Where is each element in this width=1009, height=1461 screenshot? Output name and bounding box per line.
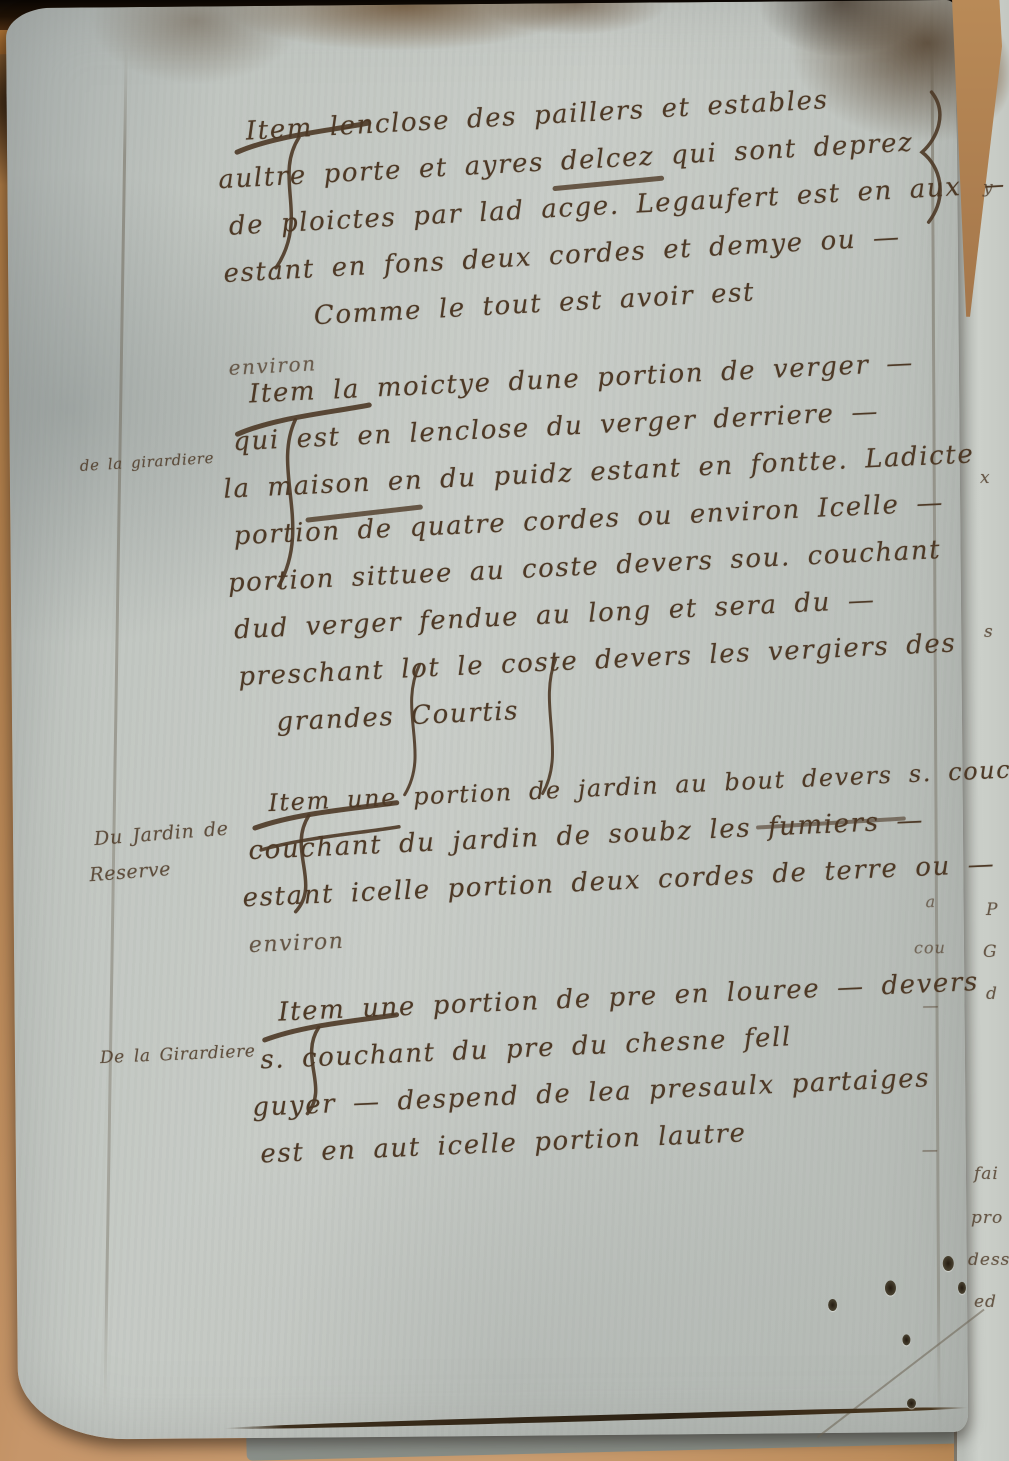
worm-hole (885, 1280, 896, 1295)
adjacent-page-fragment: dess (968, 1250, 1009, 1270)
worm-hole (828, 1299, 837, 1311)
ragged-bottom-edge (224, 1405, 968, 1432)
edge-fragment: — (922, 1140, 939, 1159)
bracket-flourish (902, 88, 955, 228)
adjacent-page-fragment: s (984, 622, 994, 642)
margin-note-girardiere-1: de la girardiere (79, 449, 214, 475)
worm-hole (907, 1398, 916, 1408)
edge-fragment: a (926, 892, 937, 911)
item-initial-flourish (251, 787, 402, 918)
fold-crease-left (103, 45, 128, 1415)
adjacent-page-fragment: y (983, 178, 994, 198)
adjacent-page-fragment: pro (971, 1208, 1003, 1228)
worm-hole (902, 1334, 910, 1345)
adjacent-page-fragment: x (980, 468, 991, 488)
item-initial-flourish (260, 999, 401, 1120)
worm-hole (943, 1256, 954, 1271)
manuscript-page: Item lenclose des paillers et estables a… (6, 0, 968, 1440)
adjacent-page-fragment: fai (974, 1164, 999, 1184)
adjacent-page-fragment: G (983, 942, 998, 962)
corner-crease (817, 1309, 985, 1438)
edge-fragment: cou (914, 938, 946, 957)
item-initial-flourish (233, 385, 375, 596)
descender-flourish (357, 655, 578, 802)
adjacent-page-fragment: d (986, 984, 998, 1004)
margin-note-jardin-line2: Reserve (89, 858, 172, 886)
adjacent-page-fragment: ed (974, 1292, 997, 1312)
worm-hole (958, 1282, 966, 1294)
edge-fragment: — (922, 996, 939, 1015)
item-initial-flourish (233, 105, 375, 281)
margin-note-girardiere-2: De la Girardiere (100, 1041, 256, 1068)
manuscript-photo: Item lenclose des paillers et estables a… (0, 0, 1009, 1461)
adjacent-page-fragment: P (986, 900, 998, 920)
